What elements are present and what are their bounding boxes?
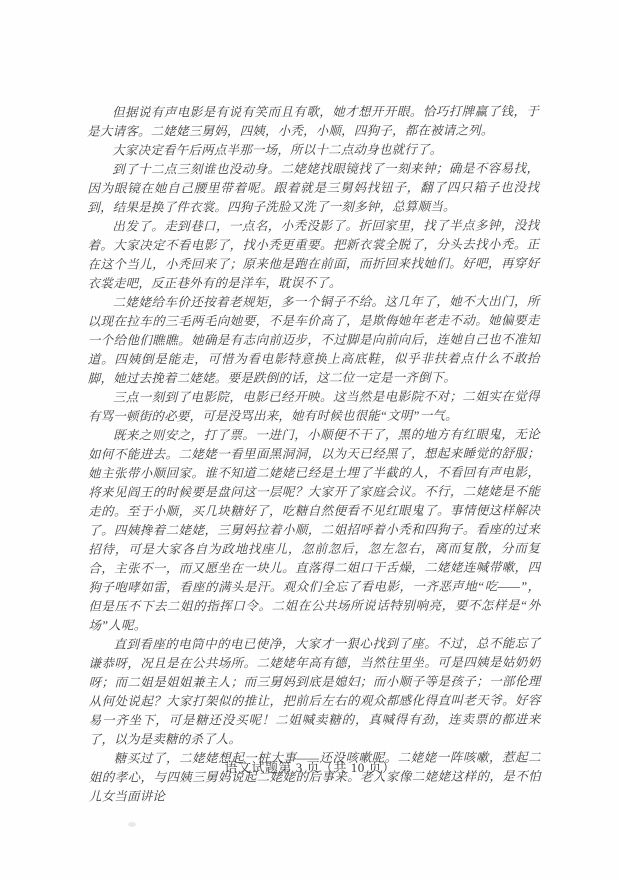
passage-paragraph: 既来之则安之，打了票。一进门，小顺便不干了，黑的地方有红眼鬼，无论如何不能进去。…: [88, 425, 541, 635]
passage-paragraph: 三点一刻到了电影院，电影已经开映。这当然是电影院不对；二姐实在觉得有骂一顿街的必…: [88, 387, 540, 426]
passage-paragraph: 大家决定看午后两点半那一场，所以十二点动身也就行了。: [87, 140, 539, 160]
scan-smudge: [128, 822, 136, 827]
page-footer-label: 语文试题第 3 页（共 10 页）: [224, 760, 395, 775]
passage-paragraph: 直到看座的电筒中的电已使净，大家才一狠心找到了座。不过，总不能忘了谦恭呀，况且是…: [88, 634, 540, 749]
passage-text-block: 但据说有声电影是有说有笑而且有歌，她才想开开眼。恰巧打牌赢了钱，于是大请客。二姥…: [87, 102, 541, 806]
passage-paragraph: 二姥姥给车价还按着老规矩，多一个铜子不给。这几年了，她不大出门，所以现在拉车的三…: [88, 292, 540, 388]
passage-paragraph: 到了十二点三刻谁也没动身。二姥姥找眼镜找了一刻来钟；确是不容易找，因为眼镜在她自…: [87, 159, 539, 217]
passage-paragraph: 但据说有声电影是有说有笑而且有歌，她才想开开眼。恰巧打牌赢了钱，于是大请客。二姥…: [87, 102, 539, 141]
page-footer: 语文试题第 3 页（共 10 页）: [0, 757, 620, 776]
passage-paragraph: 出发了。走到巷口，一点名，小秃没影了。折回家里，找了半点多钟，没找着。大家决定不…: [87, 216, 539, 293]
exam-scan-page: 但据说有声电影是有说有笑而且有歌，她才想开开眼。恰巧打牌赢了钱，于是大请客。二姥…: [0, 0, 620, 880]
